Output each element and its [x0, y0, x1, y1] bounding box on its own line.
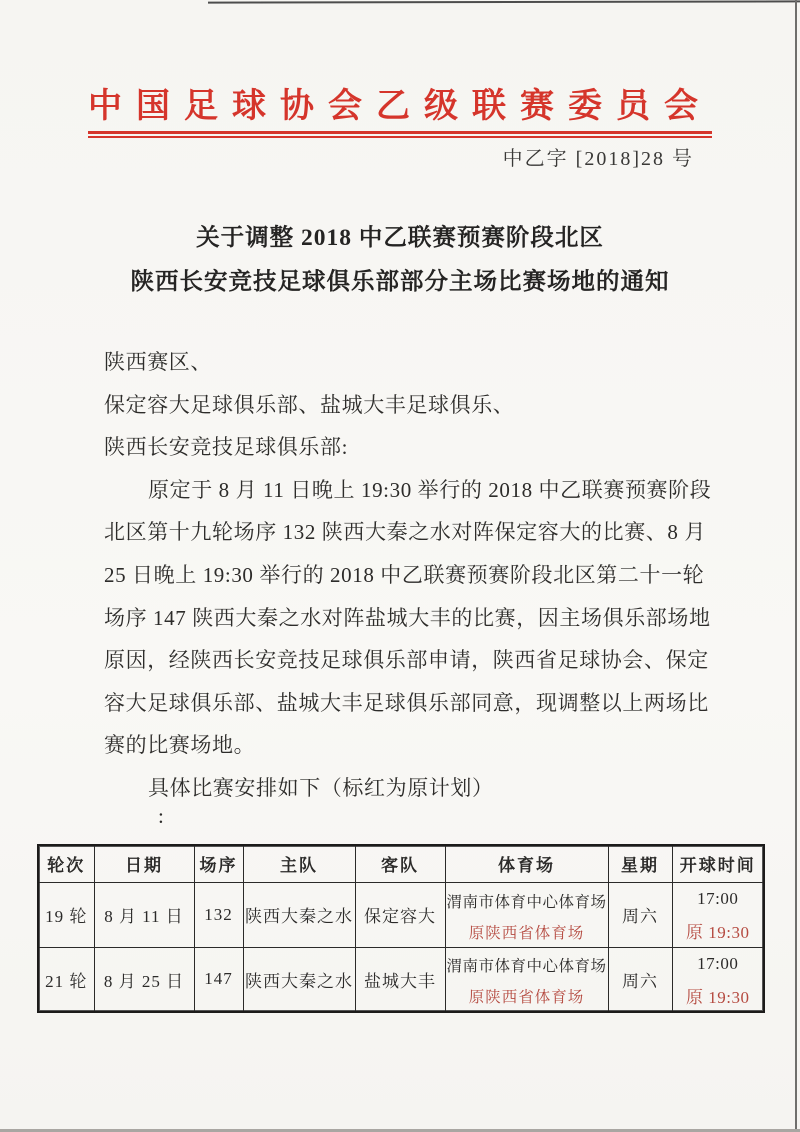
- stadium-original: 原陕西省体育场: [446, 921, 608, 943]
- date-cell: 8 月 25 日: [94, 947, 194, 1012]
- date-cell: 8 月 11 日: [94, 882, 194, 947]
- notice-title-line1: 关于调整 2018 中乙联赛预赛阶段北区: [0, 216, 800, 260]
- weekday-cell: 周六: [608, 947, 672, 1012]
- match-no-cell: 132: [194, 882, 243, 947]
- recipient-line: 陕西赛区、: [104, 341, 698, 384]
- kickoff-stack: 17:00 原 19:30: [673, 889, 764, 943]
- kickoff-original: 原 19:30: [673, 918, 764, 943]
- kickoff-cell: 17:00 原 19:30: [672, 947, 764, 1012]
- home-team-cell: 陕西大秦之水: [243, 882, 355, 947]
- kickoff-new: 17:00: [673, 954, 764, 974]
- home-team-cell: 陕西大秦之水: [243, 947, 355, 1012]
- stadium-stack: 渭南市体育中心体育场 原陕西省体育场: [446, 954, 608, 1007]
- table-header-row: 轮次 日期 场序 主队 客队 体育场 星期 开球时间: [38, 845, 764, 882]
- round-cell: 21 轮: [38, 947, 94, 1012]
- match-no-cell: 147: [194, 947, 243, 1012]
- recipient-line: 保定容大足球俱乐部、盐城大丰足球俱乐、: [104, 384, 698, 427]
- header-cell-kickoff: 开球时间: [672, 845, 764, 882]
- header-cell-away: 客队: [355, 845, 445, 882]
- scan-edge-top: [208, 0, 800, 3]
- paragraph-line: 场序 147 陕西大秦之水对阵盐城大丰的比赛，因主场俱乐部场地: [104, 597, 698, 640]
- header-cell-home: 主队: [243, 845, 355, 882]
- kickoff-new: 17:00: [673, 889, 764, 909]
- header-cell-date: 日期: [94, 845, 194, 882]
- stadium-stack: 渭南市体育中心体育场 原陕西省体育场: [446, 890, 608, 943]
- stadium-new: 渭南市体育中心体育场: [446, 954, 608, 976]
- scan-edge-right: [795, 0, 797, 1130]
- letterhead: 中国足球协会乙级联赛委员会: [0, 86, 800, 134]
- away-team-cell: 盐城大丰: [355, 947, 445, 1012]
- kickoff-cell: 17:00 原 19:30: [672, 882, 764, 947]
- recipient-line: 陕西长安竞技足球俱乐部:: [104, 426, 698, 469]
- stadium-original: 原陕西省体育场: [446, 985, 608, 1007]
- stray-colon: :: [158, 804, 164, 829]
- kickoff-stack: 17:00 原 19:30: [673, 954, 764, 1008]
- header-cell-weekday: 星期: [608, 845, 672, 882]
- weekday-cell: 周六: [608, 882, 672, 947]
- organization-name: 中国足球协会乙级联赛委员会: [88, 86, 712, 134]
- schedule-table-wrapper: 轮次 日期 场序 主队 客队 体育场 星期 开球时间 19 轮 8 月 11 日…: [37, 844, 765, 1013]
- header-cell-round: 轮次: [38, 845, 94, 882]
- paragraph-line: 容大足球俱乐部、盐城大丰足球俱乐部同意，现调整以上两场比: [104, 682, 698, 725]
- notice-body: 陕西赛区、 保定容大足球俱乐部、盐城大丰足球俱乐、 陕西长安竞技足球俱乐部: 原…: [104, 341, 698, 810]
- paragraph-line: 原定于 8 月 11 日晚上 19:30 举行的 2018 中乙联赛预赛阶段: [104, 469, 698, 512]
- schedule-table: 轮次 日期 场序 主队 客队 体育场 星期 开球时间 19 轮 8 月 11 日…: [37, 844, 765, 1013]
- paragraph-line: 25 日晚上 19:30 举行的 2018 中乙联赛预赛阶段北区第二十一轮: [104, 554, 698, 597]
- paragraph-line: 赛的比赛场地。: [104, 724, 698, 767]
- stadium-cell: 渭南市体育中心体育场 原陕西省体育场: [445, 947, 608, 1012]
- header-cell-stadium: 体育场: [445, 845, 608, 882]
- notice-title: 关于调整 2018 中乙联赛预赛阶段北区 陕西长安竞技足球俱乐部部分主场比赛场地…: [0, 216, 800, 304]
- arrangement-note-line: 具体比赛安排如下（标红为原计划）: [104, 767, 698, 810]
- header-cell-match-no: 场序: [194, 845, 243, 882]
- document-number: 中乙字 [2018]28 号: [0, 142, 694, 171]
- stadium-cell: 渭南市体育中心体育场 原陕西省体育场: [445, 882, 608, 947]
- notice-title-line2: 陕西长安竞技足球俱乐部部分主场比赛场地的通知: [0, 260, 800, 304]
- round-cell: 19 轮: [38, 882, 94, 947]
- table-row: 19 轮 8 月 11 日 132 陕西大秦之水 保定容大 渭南市体育中心体育场…: [38, 882, 764, 947]
- paragraph-line: 原因，经陕西长安竞技足球俱乐部申请，陕西省足球协会、保定: [104, 639, 698, 682]
- table-row: 21 轮 8 月 25 日 147 陕西大秦之水 盐城大丰 渭南市体育中心体育场…: [38, 947, 764, 1012]
- stadium-new: 渭南市体育中心体育场: [446, 890, 608, 912]
- paragraph-line: 北区第十九轮场序 132 陕西大秦之水对阵保定容大的比赛、8 月: [104, 511, 698, 554]
- away-team-cell: 保定容大: [355, 882, 445, 947]
- scanned-notice-page: 中国足球协会乙级联赛委员会 中乙字 [2018]28 号 关于调整 2018 中…: [0, 0, 800, 1132]
- kickoff-original: 原 19:30: [673, 983, 764, 1008]
